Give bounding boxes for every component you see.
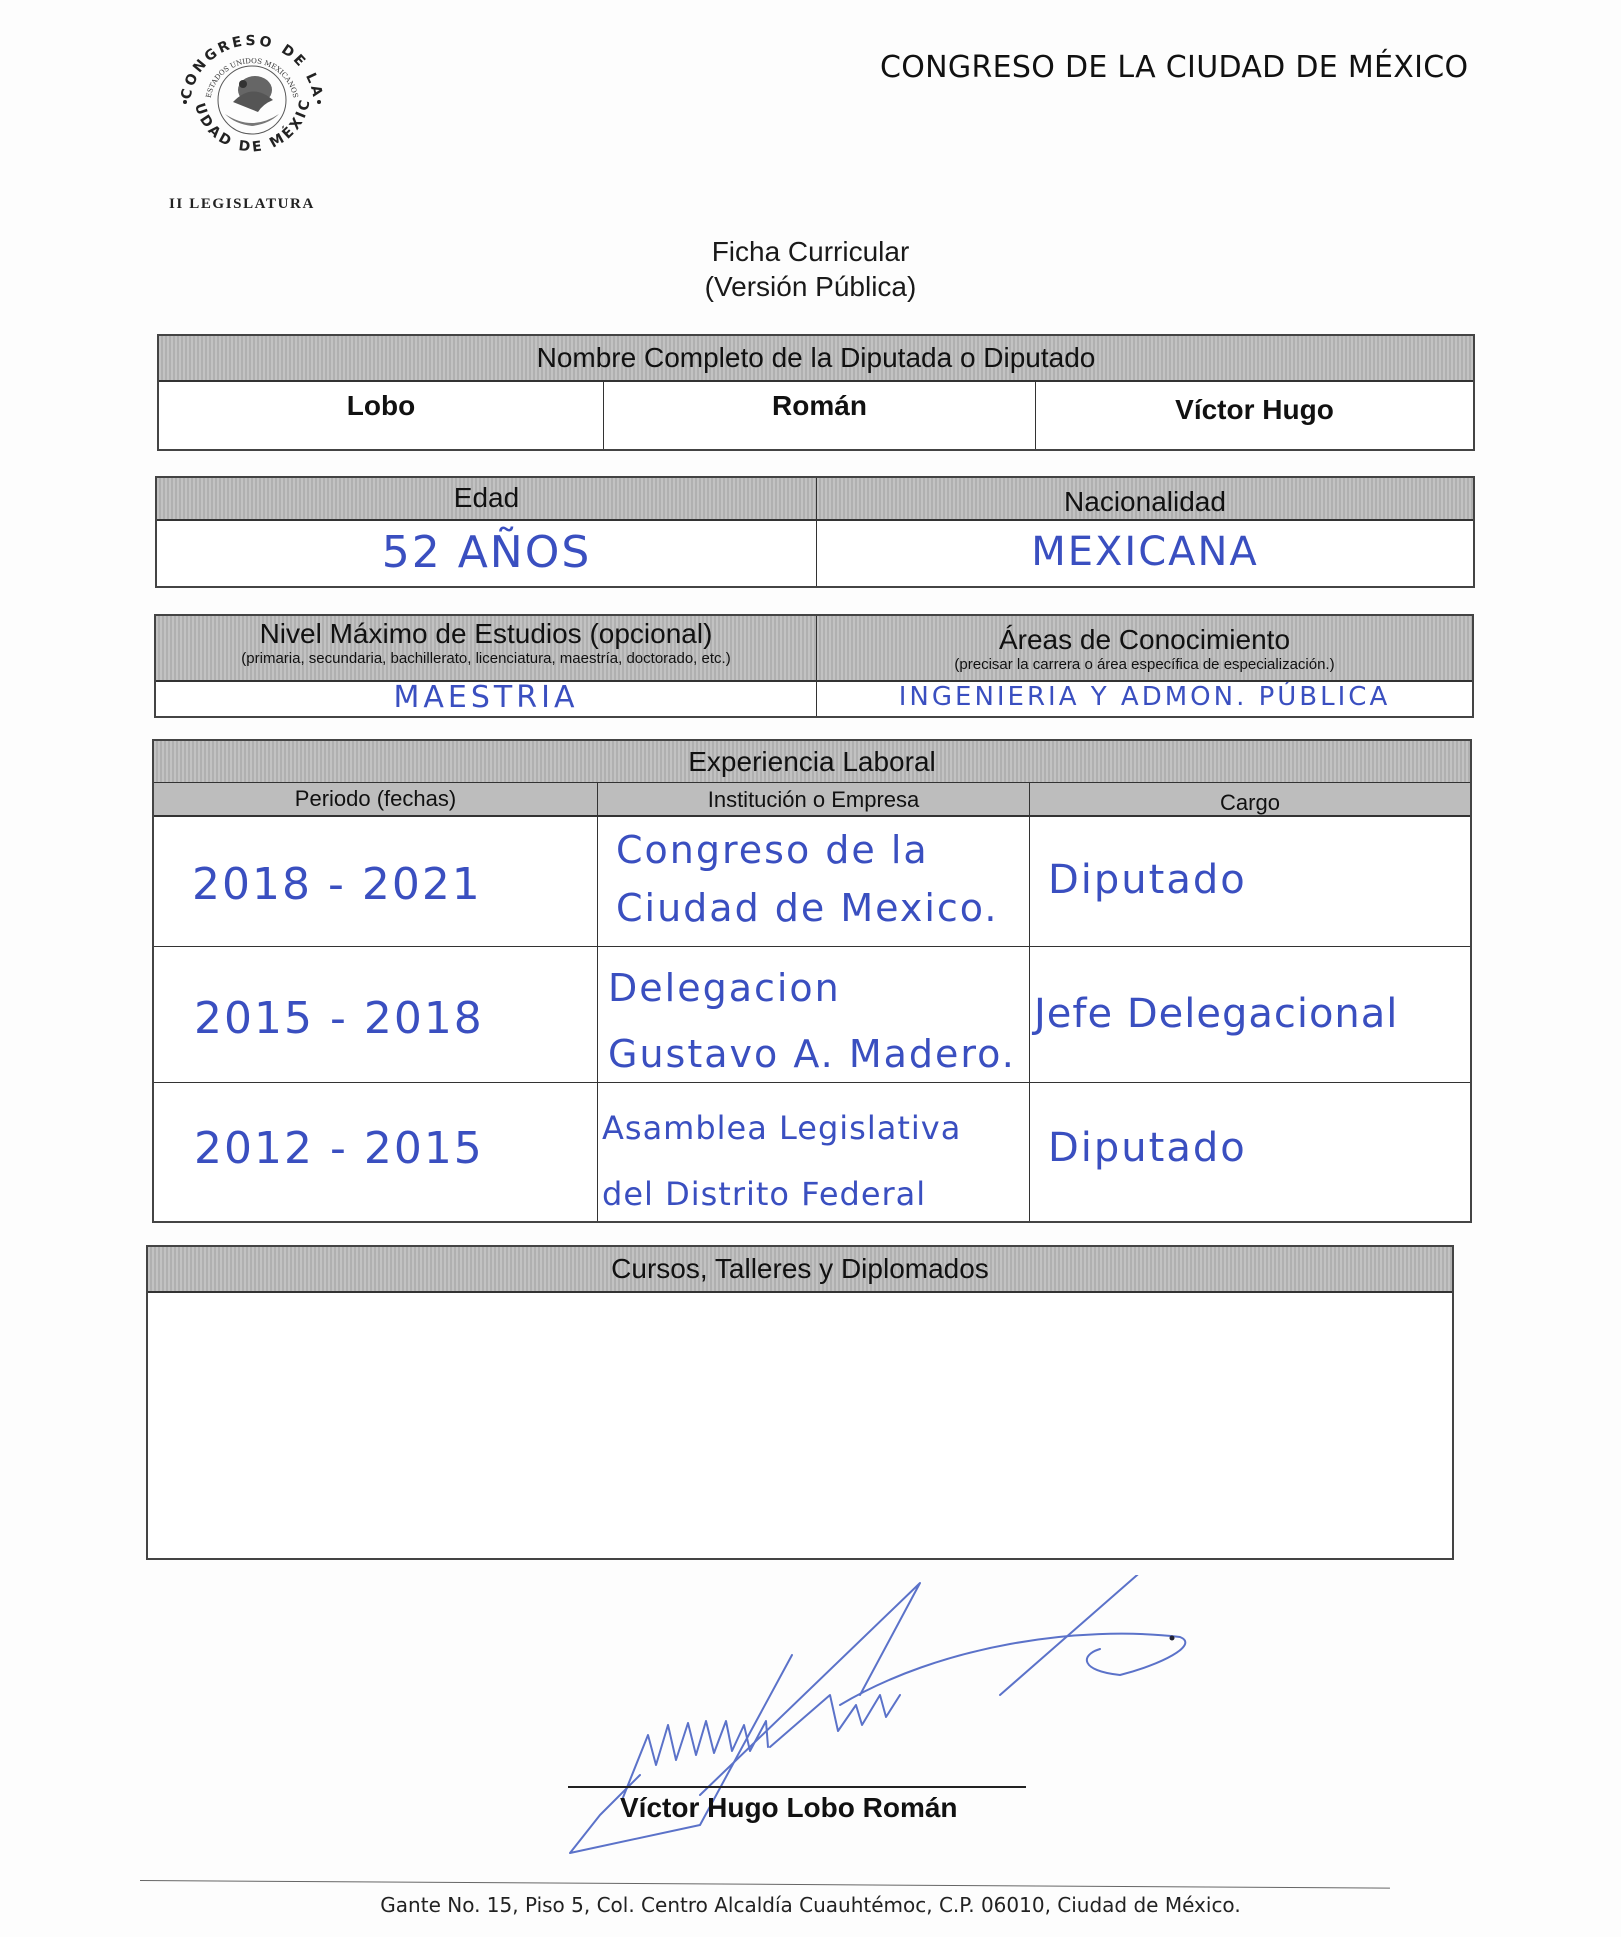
position-cell: Jefe Delegacional <box>1030 947 1470 1082</box>
knowledge-areas-header: Áreas de Conocimiento (precisar la carre… <box>817 616 1472 682</box>
knowledge-areas-value: INGENIERIA Y ADMON. PÚBLICA <box>899 682 1391 712</box>
age-header: Edad <box>157 478 817 521</box>
position-value: Jefe Delegacional <box>1034 991 1398 1037</box>
position-cell: Diputado <box>1030 817 1470 946</box>
knowledge-areas-cell: INGENIERIA Y ADMON. PÚBLICA <box>817 682 1472 716</box>
age-value: 52 AÑOS <box>382 527 592 578</box>
position-value: Diputado <box>1048 1125 1247 1171</box>
given-names: Víctor Hugo <box>1036 382 1473 449</box>
position-value: Diputado <box>1048 857 1247 903</box>
column-header-period: Periodo (fechas) <box>154 783 598 817</box>
experience-row: 2015 - 2018 Delegacion Gustavo A. Madero… <box>154 947 1470 1083</box>
signatory-name: Víctor Hugo Lobo Román <box>620 1792 958 1824</box>
surname-paternal: Lobo <box>159 382 604 449</box>
work-experience-header: Experiencia Laboral <box>154 741 1470 783</box>
period-cell: 2018 - 2021 <box>154 817 598 946</box>
period-value: 2012 - 2015 <box>194 1123 484 1174</box>
name-table: Nombre Completo de la Diputada o Diputad… <box>157 334 1475 451</box>
column-header-institution: Institución o Empresa <box>598 783 1030 817</box>
education-table: Nivel Máximo de Estudios (opcional) (pri… <box>154 614 1474 718</box>
experience-row: 2012 - 2015 Asamblea Legislativa del Dis… <box>154 1083 1470 1221</box>
period-cell: 2012 - 2015 <box>154 1083 598 1221</box>
column-header-position: Cargo <box>1030 783 1470 817</box>
footer-divider <box>140 1880 1390 1889</box>
education-level-cell: MAESTRIA <box>156 682 817 716</box>
period-value: 2018 - 2021 <box>192 859 482 910</box>
education-level-value: MAESTRIA <box>394 682 579 715</box>
name-table-header: Nombre Completo de la Diputada o Diputad… <box>159 336 1473 382</box>
courses-content <box>148 1293 1452 1558</box>
congress-seal-logo: CONGRESO DE LA ESTADOS UNIDOS MEXICANOS … <box>173 4 329 182</box>
nationality-cell: MEXICANA <box>817 521 1473 586</box>
position-cell: Diputado <box>1030 1083 1470 1221</box>
courses-header: Cursos, Talleres y Diplomados <box>148 1247 1452 1293</box>
institution-cell: Delegacion Gustavo A. Madero. <box>598 947 1030 1082</box>
institution-value: Congreso de la Ciudad de Mexico. <box>598 817 1029 937</box>
period-value: 2015 - 2018 <box>194 993 484 1044</box>
institution-value: Delegacion Gustavo A. Madero. <box>598 947 1029 1087</box>
courses-table: Cursos, Talleres y Diplomados <box>146 1245 1454 1560</box>
nationality-value: MEXICANA <box>1031 529 1259 575</box>
document-subtitle: (Versión Pública) <box>0 271 1621 303</box>
work-experience-table: Experiencia Laboral Periodo (fechas) Ins… <box>152 739 1472 1223</box>
experience-row: 2018 - 2021 Congreso de la Ciudad de Mex… <box>154 817 1470 947</box>
legislature-label: II LEGISLATURA <box>169 196 315 213</box>
document-title: Ficha Curricular <box>0 236 1621 268</box>
nationality-header: Nacionalidad <box>817 478 1473 521</box>
footer-address: Gante No. 15, Piso 5, Col. Centro Alcald… <box>0 1893 1621 1917</box>
age-nationality-table: Edad Nacionalidad 52 AÑOS MEXICANA <box>155 476 1475 588</box>
surname-maternal: Román <box>604 382 1036 449</box>
education-level-header: Nivel Máximo de Estudios (opcional) (pri… <box>156 616 817 682</box>
organization-title: CONGRESO DE LA CIUDAD DE MÉXICO <box>880 50 1468 85</box>
signature-line <box>568 1786 1026 1788</box>
age-cell: 52 AÑOS <box>157 521 817 586</box>
institution-value: Asamblea Legislativa del Distrito Federa… <box>598 1083 1029 1227</box>
period-cell: 2015 - 2018 <box>154 947 598 1082</box>
institution-cell: Asamblea Legislativa del Distrito Federa… <box>598 1083 1030 1221</box>
institution-cell: Congreso de la Ciudad de Mexico. <box>598 817 1030 946</box>
